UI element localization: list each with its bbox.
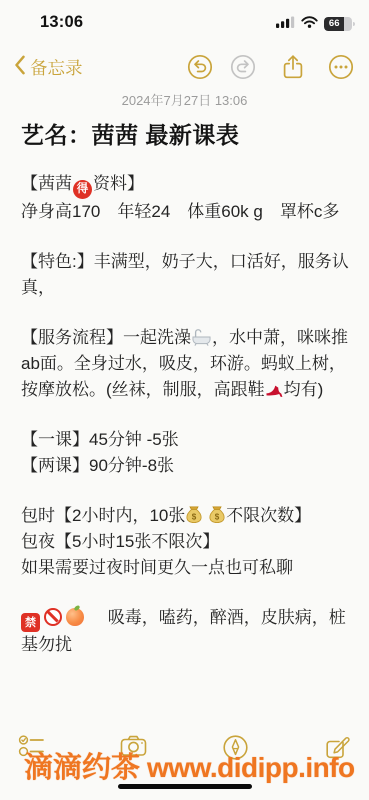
note-text: 吸毒，嗑药，醉酒，皮肤病，桩 <box>86 608 346 627</box>
more-icon[interactable] <box>327 53 355 81</box>
watermark-cjk: 滴滴约茶 <box>24 745 140 786</box>
status-icons: 66 <box>276 15 355 33</box>
note-text: 资料】 <box>93 174 144 193</box>
note-text: 均有) <box>284 380 324 399</box>
nav-actions <box>186 53 355 81</box>
note-line: 【两课】90分钟-8张 <box>21 453 363 479</box>
notes-app-screen: 13:06 66 <box>0 0 369 800</box>
note-text: 【两课】90分钟-8张 <box>21 456 174 475</box>
note-text: 包夜【5小时15张不限次】 <box>21 532 219 551</box>
note-paragraph: 包时【2小时内，10张$ $不限次数】包夜【5小时15张不限次】如果需要过夜时间… <box>21 503 363 581</box>
battery-icon: 66 <box>324 17 352 31</box>
note-text: ab面。全身过水，吸皮，环游。蚂蚁上树， <box>21 354 346 373</box>
wifi-icon <box>301 15 318 33</box>
note-paragraph: 【茜茜得资料】净身高170 年轻24 体重60k g 罩杯c多 <box>21 171 363 225</box>
note-text: 如果需要过夜时间更久一点也可私聊 <box>21 558 293 577</box>
redo-icon[interactable] <box>229 53 257 81</box>
svg-text:$: $ <box>192 512 197 521</box>
bargain-emoji: 得 <box>73 180 92 199</box>
note-text: ，水中萧，咪咪推 <box>212 328 348 347</box>
back-label: 备忘录 <box>30 55 83 80</box>
back-button[interactable]: 备忘录 <box>14 55 83 80</box>
note-text: 真， <box>21 278 55 297</box>
note-line: 包夜【5小时15张不限次】 <box>21 529 363 555</box>
bathtub-emoji <box>191 327 212 346</box>
battery-cap <box>353 22 355 27</box>
note-line: 基勿扰 <box>21 632 363 658</box>
note-paragraph: 禁 吸毒，嗑药，醉酒，皮肤病，桩基勿扰 <box>21 605 363 659</box>
note-text: 【一课】45分钟 -5张 <box>21 430 179 449</box>
note-body[interactable]: 【茜茜得资料】净身高170 年轻24 体重60k g 罩杯c多【特色:】丰满型，… <box>21 171 363 658</box>
svg-text:$: $ <box>215 512 220 521</box>
high-heel-emoji <box>265 382 284 398</box>
undo-icon[interactable] <box>186 53 214 81</box>
note-text: 不限次数】 <box>226 506 311 525</box>
battery-percent: 66 <box>324 18 344 29</box>
no-entry-emoji <box>44 608 62 626</box>
money-bag-emoji: $ <box>208 505 226 524</box>
note-paragraph: 【服务流程】一起洗澡，水中萧，咪咪推ab面。全身过水，吸皮，环游。蚂蚁上树，按摩… <box>21 325 363 403</box>
note-title: 艺名：茜茜 最新课表 <box>21 117 348 150</box>
note-paragraph: 【特色:】丰满型，奶子大，口活好，服务认真， <box>21 249 363 301</box>
note-line: 包时【2小时内，10张$ $不限次数】 <box>21 503 363 529</box>
money-bag-emoji: $ <box>185 505 203 524</box>
note-date: 2024年7月27日 13:06 <box>0 90 369 108</box>
note-line: 净身高170 年轻24 体重60k g 罩杯c多 <box>21 199 363 225</box>
note-text: 基勿扰 <box>21 635 72 654</box>
note-line: 禁 吸毒，嗑药，醉酒，皮肤病，桩 <box>21 605 363 633</box>
note-text: 包时【2小时内，10张 <box>21 506 185 525</box>
note-text: 按摩放松。(丝袜，制服，高跟鞋 <box>21 380 265 399</box>
note-text: 净身高170 年轻24 体重60k g 罩杯c多 <box>21 202 339 221</box>
peach-emoji <box>66 608 84 626</box>
note-line: 按摩放松。(丝袜，制服，高跟鞋均有) <box>21 377 363 403</box>
note-line: 【一课】45分钟 -5张 <box>21 427 363 453</box>
status-time: 13:06 <box>40 13 83 32</box>
note-line: 真， <box>21 275 363 301</box>
note-text: 【特色:】丰满型，奶子大，口活好，服务认 <box>21 252 349 271</box>
note-paragraph: 【一课】45分钟 -5张【两课】90分钟-8张 <box>21 427 363 479</box>
share-icon[interactable] <box>280 53 306 81</box>
note-text: 【茜茜 <box>21 174 72 193</box>
note-text: 【服务流程】一起洗澡 <box>21 328 191 347</box>
note-line: 如果需要过夜时间更久一点也可私聊 <box>21 555 363 581</box>
cellular-signal-icon <box>276 15 295 33</box>
watermark: 滴滴约茶 www.didipp.info <box>24 745 355 786</box>
nav-bar: 备忘录 <box>0 44 369 90</box>
forbidden-emoji: 禁 <box>21 613 40 632</box>
note-line: 【特色:】丰满型，奶子大，口活好，服务认 <box>21 249 363 275</box>
status-bar: 13:06 66 <box>0 0 369 44</box>
watermark-url: www.didipp.info <box>147 752 355 784</box>
note-line: 【服务流程】一起洗澡，水中萧，咪咪推 <box>21 325 363 351</box>
note-line: ab面。全身过水，吸皮，环游。蚂蚁上树， <box>21 351 363 377</box>
note-line: 【茜茜得资料】 <box>21 171 363 199</box>
back-chevron-icon <box>14 55 25 80</box>
